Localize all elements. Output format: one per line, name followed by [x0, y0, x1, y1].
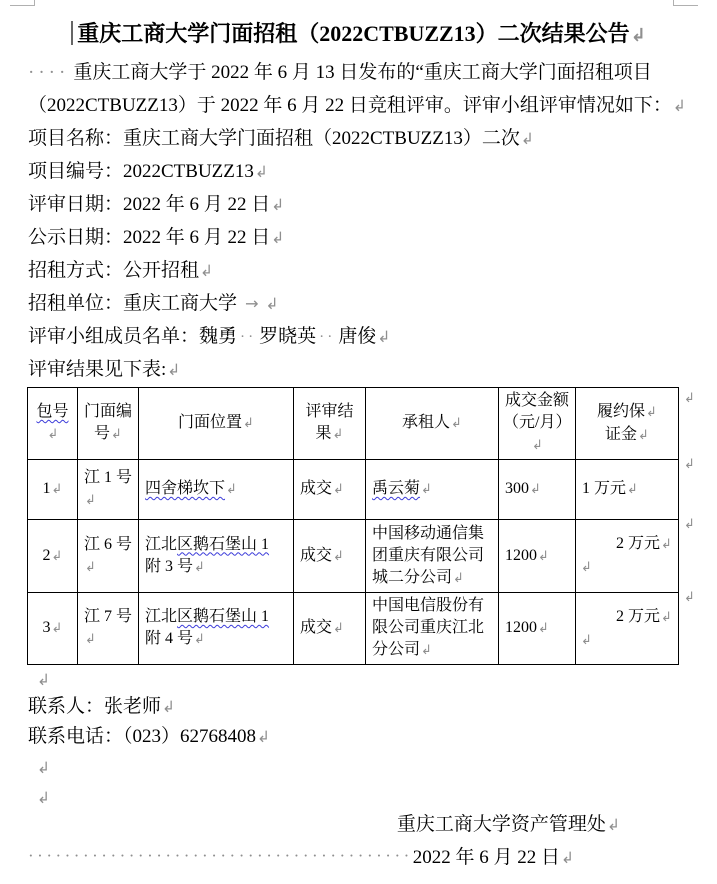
header-deposit: 履约保↲ 证金↲: [576, 388, 679, 460]
paragraph-mark-icon: ↲: [37, 789, 50, 807]
row-end-mark-icon: ↲: [684, 517, 704, 533]
space-marks-icon: ········································…: [28, 846, 413, 865]
crop-mark-top-right-icon: [673, 0, 698, 6]
tab-mark-icon: →: [245, 294, 259, 313]
row-end-mark-icon: ↲: [684, 590, 704, 606]
results-table: 包号↲ 门面编 号↲ 门面位置↲ 评审结果↲ 承租人↲ 成交金额 （元/月）↲ …: [27, 387, 679, 665]
method-text: 招租方式：公开招租: [28, 260, 199, 281]
paragraph-mark-icon: ↲: [538, 549, 549, 564]
cell-location: 四舍梯坎下↲: [139, 460, 294, 520]
cell-text: 1: [43, 480, 51, 497]
cell-text: 2 万元: [616, 535, 660, 552]
cell-deposit: 2 万元↲ ↲: [576, 520, 679, 593]
paragraph-mark-icon: ↲: [661, 537, 672, 552]
paragraph-mark-icon: ↲: [243, 416, 254, 431]
header-text: 成交金额: [505, 392, 569, 409]
paragraph-mark-icon: ↲: [333, 549, 344, 564]
intro-line-2: （2022CTBUZZ13）于 2022 年 6 月 22 日竞租评审。评审小组…: [28, 89, 701, 122]
paragraph-mark-icon: ↲: [451, 416, 462, 431]
header-text: 门面编: [84, 403, 132, 420]
paragraph-mark-icon: ↲: [421, 643, 432, 658]
header-amount: 成交金额 （元/月）↲: [499, 388, 576, 460]
cell-package-no: 3↲: [28, 593, 78, 665]
header-text: 承租人: [402, 414, 450, 431]
cell-shop-code: 江 7 号↲: [78, 593, 139, 665]
paragraph-mark-icon: ↲: [85, 632, 96, 647]
table-row: 1↲ 江 1 号↲ 四舍梯坎下↲ 成交↲ 禹云菊↲ 300↲ 1 万元↲: [28, 460, 679, 520]
paragraph-mark-icon: ↲: [194, 632, 205, 647]
space-marks-icon: ····: [28, 62, 69, 83]
space-marks-icon: ··: [319, 328, 335, 345]
cell-text: 附 4 号: [145, 630, 193, 647]
paragraph-mark-icon: ↲: [37, 671, 50, 689]
cell-text: 江北: [145, 536, 177, 553]
paragraph-mark-icon: ↲: [538, 621, 549, 636]
paragraph-mark-icon: ↲: [333, 621, 344, 636]
paragraph-mark-icon: ↲: [521, 130, 534, 148]
header-text: 包号: [36, 403, 68, 420]
paragraph-mark-icon: ↲: [333, 427, 344, 442]
field-project-name: 项目名称：重庆工商大学门面招租（2022CTBUZZ13）二次↲: [28, 122, 701, 155]
paragraph-mark-icon: ↲: [37, 759, 50, 777]
cell-text: 成交: [300, 480, 332, 497]
signer-line: 重庆工商大学资产管理处↲: [28, 815, 620, 835]
paragraph-mark-icon: ↲: [627, 482, 638, 497]
paragraph-mark-icon: ↲: [48, 427, 59, 442]
paragraph-mark-icon: ↲: [421, 482, 432, 497]
cell-text: 300: [505, 480, 529, 497]
body-text: ····重庆工商大学于 2022 年 6 月 13 日发布的“重庆工商大学门面招…: [28, 56, 701, 386]
cell-text: 四舍梯坎下: [145, 480, 225, 497]
cell-package-no: 2↲: [28, 520, 78, 593]
field-project-no: 项目编号：2022CTBUZZ13↲: [28, 155, 701, 188]
panel-member: 唐俊: [338, 326, 376, 347]
cell-text: 禹云菊: [372, 480, 420, 497]
panel-member: 魏勇: [199, 326, 237, 347]
header-text: 评审结果: [305, 403, 353, 442]
paragraph-mark-icon: ↲: [85, 493, 96, 508]
contact-phone-line: 联系电话：（023）62768408↲: [28, 727, 270, 747]
header-shop-code: 门面编 号↲: [78, 388, 139, 460]
header-text: 号: [94, 425, 110, 442]
field-see-table: 评审结果见下表:↲: [28, 353, 701, 386]
header-result: 评审结果↲: [294, 388, 366, 460]
paragraph-mark-icon: ↲: [631, 25, 646, 46]
field-unit: 招租单位：重庆工商大学→↲: [28, 287, 701, 320]
space-marks-icon: ··: [240, 328, 256, 345]
cell-amount: 1200↲: [499, 593, 576, 665]
table-row: 3↲ 江 7 号↲ 江北区鹅石堡山 1 附 4 号↲ 成交↲ 中国电信股份有限公…: [28, 593, 679, 665]
row-end-mark-icon: ↲: [684, 391, 704, 407]
date-text: 2022 年 6 月 22 日: [413, 847, 560, 868]
paragraph-mark-icon: ↲: [52, 482, 63, 497]
page-title: 重庆工商大学门面招租（2022CTBUZZ13）二次结果公告↲: [0, 18, 717, 52]
cell-text: 附 3 号: [145, 558, 193, 575]
table-row: 2↲ 江 6 号↲ 江北区鹅石堡山 1 附 3 号↲ 成交↲ 中国移动通信集团重…: [28, 520, 679, 593]
paragraph-mark-icon: ↲: [581, 560, 592, 575]
publish-date-text: 公示日期：2022 年 6 月 22 日: [28, 227, 270, 248]
header-text: 门面位置: [178, 414, 242, 431]
cell-text: 江北: [145, 608, 177, 625]
unit-text: 招租单位：重庆工商大学: [28, 293, 237, 314]
paragraph-mark-icon: ↲: [581, 633, 592, 648]
cell-text: 区鹅石堡山 1: [177, 536, 269, 553]
intro-text-1: 重庆工商大学于 2022 年 6 月 13 日发布的“重庆工商大学门面招租项目: [73, 62, 651, 83]
paragraph-mark-icon: ↲: [661, 610, 672, 625]
paragraph-mark-icon: ↲: [271, 229, 284, 247]
crop-mark-top-left-icon: [10, 0, 35, 6]
field-review-date: 评审日期：2022 年 6 月 22 日↲: [28, 188, 701, 221]
see-table-text: 评审结果见下表:: [28, 359, 166, 380]
paragraph-mark-icon: ↲: [377, 328, 390, 346]
paragraph-mark-icon: ↲: [257, 728, 270, 746]
intro-text-2: （2022CTBUZZ13）于 2022 年 6 月 22 日竞租评审。评审小组…: [28, 95, 672, 116]
cell-amount: 300↲: [499, 460, 576, 520]
date-line: ········································…: [28, 846, 574, 868]
row-end-mark-icon: ↲: [684, 457, 704, 473]
cell-location: 江北区鹅石堡山 1 附 3 号↲: [139, 520, 294, 593]
paragraph-mark-icon: ↲: [271, 196, 284, 214]
paragraph-mark-icon: ↲: [266, 295, 279, 313]
contact-person-text: 联系人：张老师: [28, 696, 161, 717]
header-text: 履约保: [597, 403, 645, 420]
field-panel: 评审小组成员名单：魏勇··罗晓英··唐俊↲: [28, 320, 701, 353]
panel-member: 罗晓英: [259, 326, 316, 347]
header-text: 证金: [605, 426, 637, 443]
cell-package-no: 1↲: [28, 460, 78, 520]
review-date-text: 评审日期：2022 年 6 月 22 日: [28, 194, 270, 215]
cell-text: 1200: [505, 547, 537, 564]
document-page: 重庆工商大学门面招租（2022CTBUZZ13）二次结果公告↲ ····重庆工商…: [0, 0, 717, 884]
cell-result: 成交↲: [294, 593, 366, 665]
paragraph-mark-icon: ↲: [638, 428, 649, 443]
cell-tenant: 中国移动通信集团重庆有限公司城二分公司↲: [366, 520, 499, 593]
project-no-text: 项目编号：2022CTBUZZ13: [28, 161, 254, 182]
paragraph-mark-icon: ↲: [52, 621, 63, 636]
table-header-row: 包号↲ 门面编 号↲ 门面位置↲ 评审结果↲ 承租人↲ 成交金额 （元/月）↲ …: [28, 388, 679, 460]
empty-paragraph: ↲: [36, 788, 50, 808]
paragraph-mark-icon: ↲: [453, 571, 464, 586]
paragraph-mark-icon: ↲: [532, 438, 543, 453]
paragraph-mark-icon: ↲: [200, 262, 213, 280]
cell-text: 成交: [300, 619, 332, 636]
paragraph-mark-icon: ↲: [194, 560, 205, 575]
cell-shop-code: 江 6 号↲: [78, 520, 139, 593]
paragraph-mark-icon: ↲: [162, 698, 175, 716]
cell-amount: 1200↲: [499, 520, 576, 593]
cell-tenant: 中国电信股份有限公司重庆江北分公司↲: [366, 593, 499, 665]
cell-text: 江 6 号: [84, 536, 132, 553]
paragraph-mark-icon: ↲: [111, 427, 122, 442]
cell-text: 江 7 号: [84, 608, 132, 625]
cell-shop-code: 江 1 号↲: [78, 460, 139, 520]
cell-result: 成交↲: [294, 460, 366, 520]
paragraph-mark-icon: ↲: [530, 482, 541, 497]
cell-text: 江 1 号: [84, 469, 132, 486]
cell-text: 3: [43, 619, 51, 636]
field-method: 招租方式：公开招租↲: [28, 254, 701, 287]
paragraph-mark-icon: ↲: [646, 405, 657, 420]
paragraph-mark-icon: ↲: [226, 482, 237, 497]
project-name-text: 项目名称：重庆工商大学门面招租（2022CTBUZZ13）二次: [28, 128, 520, 149]
cell-deposit: 2 万元↲ ↲: [576, 593, 679, 665]
title-text: 重庆工商大学门面招租（2022CTBUZZ13）二次结果公告: [77, 21, 629, 46]
contact-person-line: 联系人：张老师↲: [28, 697, 175, 717]
paragraph-mark-icon: ↲: [673, 97, 686, 115]
field-publish-date: 公示日期：2022 年 6 月 22 日↲: [28, 221, 701, 254]
paragraph-mark-icon: ↲: [255, 163, 268, 181]
cell-text: 1200: [505, 619, 537, 636]
cell-text: 区鹅石堡山 1: [177, 608, 269, 625]
cell-tenant: 禹云菊↲: [366, 460, 499, 520]
signer-text: 重庆工商大学资产管理处: [397, 814, 606, 835]
header-location: 门面位置↲: [139, 388, 294, 460]
text-cursor: [71, 21, 73, 45]
cell-deposit: 1 万元↲: [576, 460, 679, 520]
cell-text: 2 万元: [616, 608, 660, 625]
cell-text: 2: [43, 547, 51, 564]
paragraph-mark-icon: ↲: [52, 549, 63, 564]
paragraph-mark-icon: ↲: [607, 816, 620, 834]
header-package-no: 包号↲: [28, 388, 78, 460]
paragraph-mark-icon: ↲: [167, 361, 180, 379]
cell-text: 中国移动通信集团重庆有限公司城二分公司: [372, 525, 484, 586]
empty-paragraph: ↲: [36, 670, 50, 690]
header-text: （元/月）: [503, 414, 571, 431]
panel-label-text: 评审小组成员名单：: [28, 326, 199, 347]
paragraph-mark-icon: ↲: [85, 560, 96, 575]
contact-phone-text: 联系电话：（023）62768408: [28, 726, 256, 747]
paragraph-mark-icon: ↲: [333, 482, 344, 497]
empty-paragraph: ↲: [36, 758, 50, 778]
header-tenant: 承租人↲: [366, 388, 499, 460]
cell-text: 1 万元: [582, 480, 626, 497]
cell-text: 成交: [300, 547, 332, 564]
cell-location: 江北区鹅石堡山 1 附 4 号↲: [139, 593, 294, 665]
intro-line-1: ····重庆工商大学于 2022 年 6 月 13 日发布的“重庆工商大学门面招…: [28, 56, 701, 89]
cell-result: 成交↲: [294, 520, 366, 593]
paragraph-mark-icon: ↲: [561, 849, 574, 867]
